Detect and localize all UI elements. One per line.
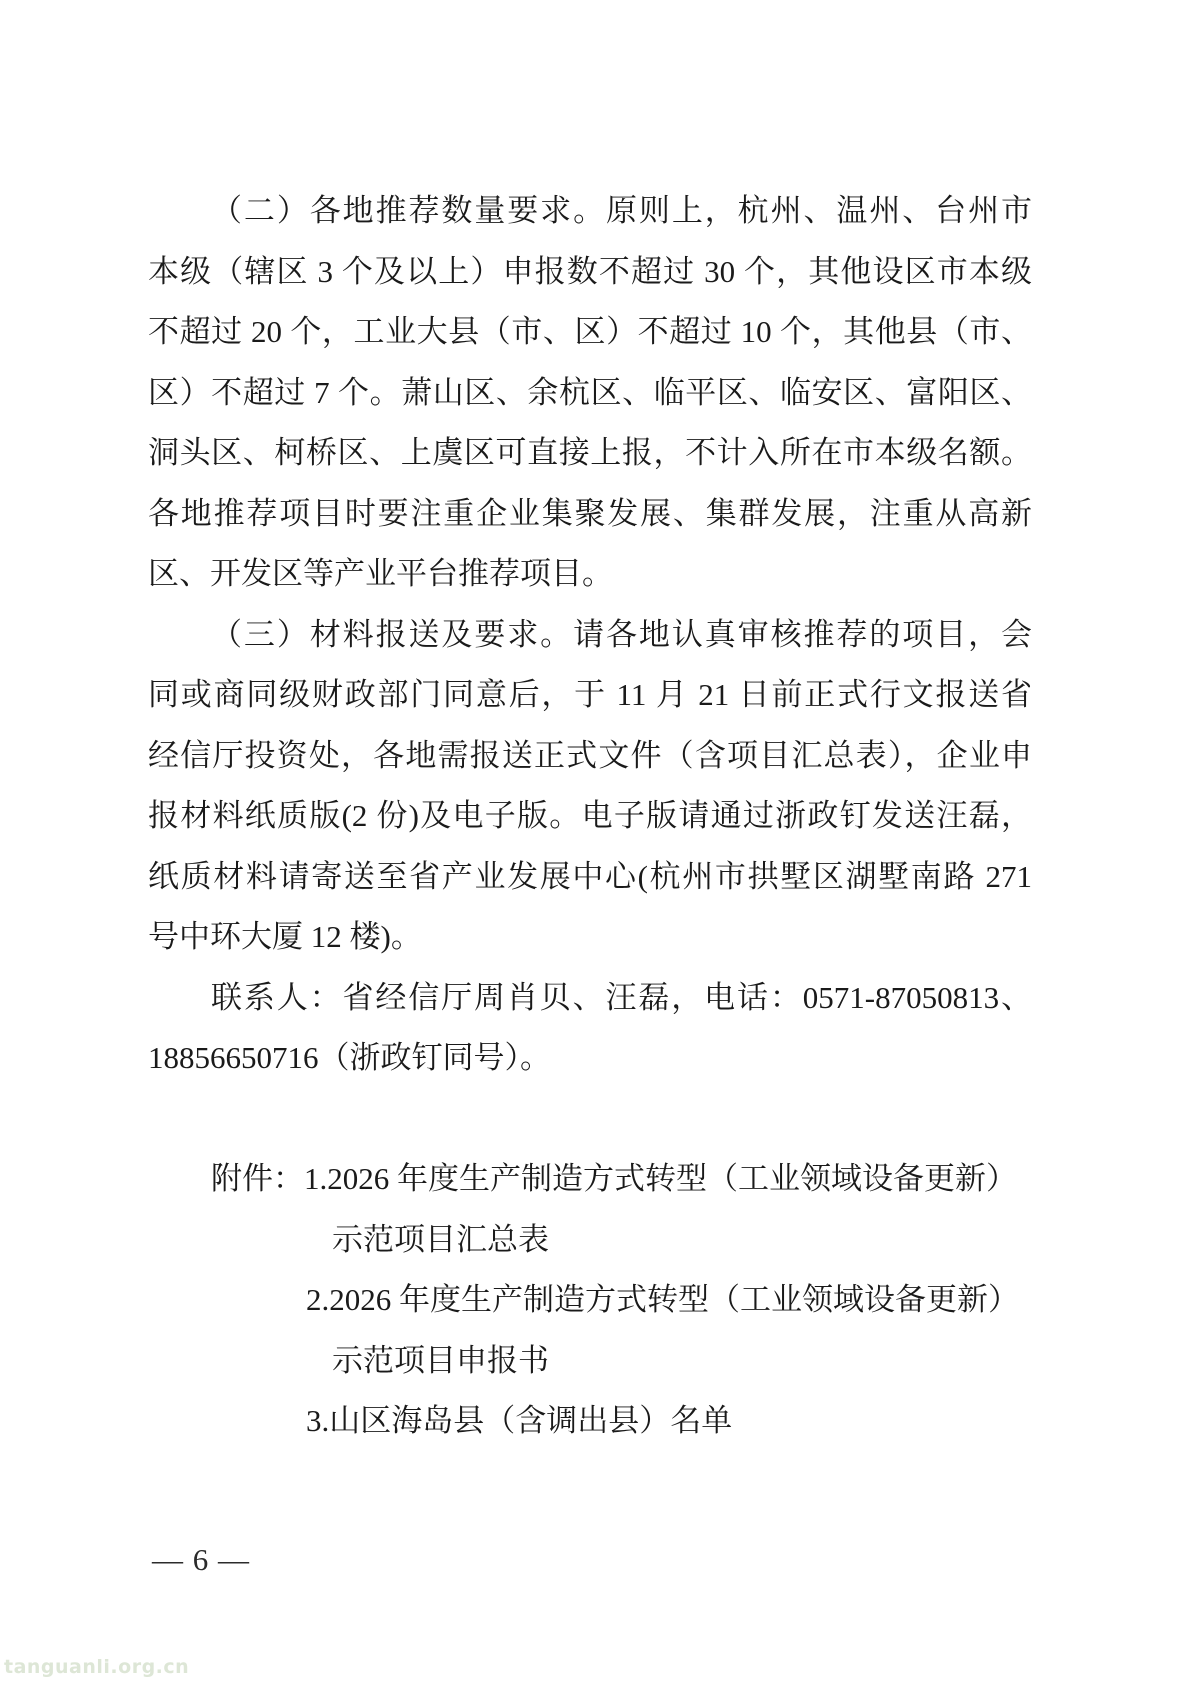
text-line: 本级（辖区 3 个及以上）申报数不超过 30 个，其他设区市本级 [148, 242, 1032, 303]
text-line: 区、开发区等产业平台推荐项目。 [148, 544, 1032, 605]
text-line: 号中环大厦 12 楼)。 [148, 907, 1032, 968]
paragraphs-section: （二）各地推荐数量要求。原则上，杭州、温州、台州市本级（辖区 3 个及以上）申报… [148, 181, 1032, 1089]
text-line: 示范项目申报书 [148, 1331, 1032, 1392]
page-number: — 6 — [152, 1542, 250, 1578]
text-line: 经信厅投资处，各地需报送正式文件（含项目汇总表），企业申 [148, 726, 1032, 787]
text-line: 区）不超过 7 个。萧山区、余杭区、临平区、临安区、富阳区、 [148, 363, 1032, 424]
text-line: 2.2026 年度生产制造方式转型（工业领域设备更新） [148, 1270, 1032, 1331]
text-line: 不超过 20 个，工业大县（市、区）不超过 10 个，其他县（市、 [148, 302, 1032, 363]
text-line: 18856650716（浙政钉同号）。 [148, 1028, 1032, 1089]
text-line: 洞头区、柯桥区、上虞区可直接上报，不计入所在市本级名额。 [148, 423, 1032, 484]
document-page: （二）各地推荐数量要求。原则上，杭州、温州、台州市本级（辖区 3 个及以上）申报… [0, 0, 1190, 1683]
watermark-text: tanguanli.org.cn [4, 1656, 189, 1678]
text-line: （三）材料报送及要求。请各地认真审核推荐的项目，会 [148, 605, 1032, 666]
text-line: 各地推荐项目时要注重企业集聚发展、集群发展，注重从高新 [148, 484, 1032, 545]
text-line: 3.山区海岛县（含调出县）名单 [148, 1391, 1032, 1452]
text-line: 联系人：省经信厅周肖贝、汪磊，电话：0571-87050813、 [148, 968, 1032, 1029]
text-line: 同或商同级财政部门同意后，于 11 月 21 日前正式行文报送省 [148, 665, 1032, 726]
text-line: 附件：1.2026 年度生产制造方式转型（工业领域设备更新） [148, 1149, 1032, 1210]
attachments-section: 附件：1.2026 年度生产制造方式转型（工业领域设备更新）示范项目汇总表2.2… [148, 1149, 1032, 1452]
text-line: （二）各地推荐数量要求。原则上，杭州、温州、台州市 [148, 181, 1032, 242]
text-line: 报材料纸质版(2 份)及电子版。电子版请通过浙政钉发送汪磊， [148, 786, 1032, 847]
text-line: 示范项目汇总表 [148, 1210, 1032, 1271]
text-line: 纸质材料请寄送至省产业发展中心(杭州市拱墅区湖墅南路 271 [148, 847, 1032, 908]
document-body: （二）各地推荐数量要求。原则上，杭州、温州、台州市本级（辖区 3 个及以上）申报… [148, 181, 1032, 1452]
